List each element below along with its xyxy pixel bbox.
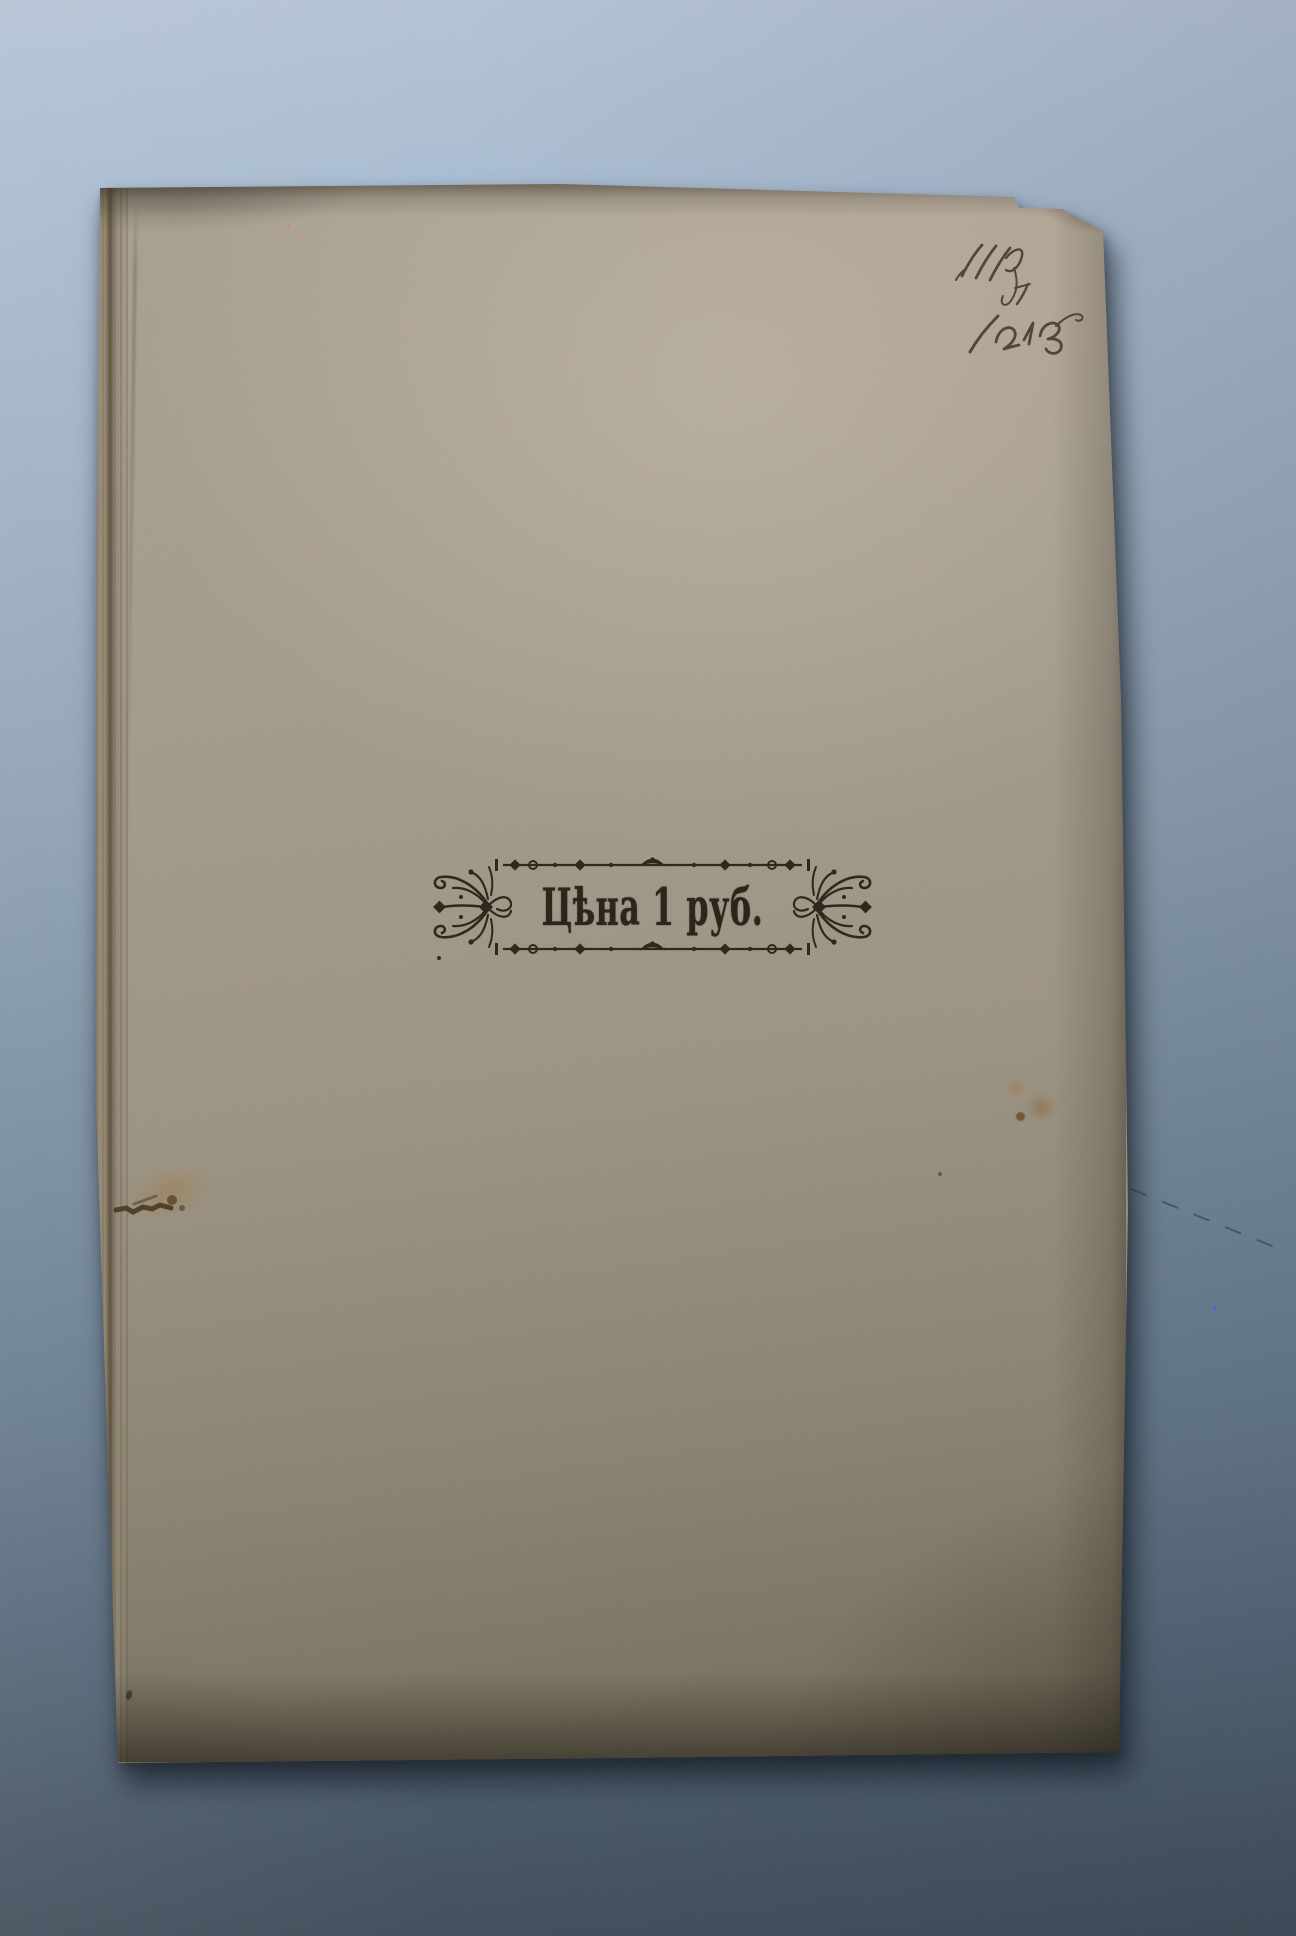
red-speck [287, 225, 290, 228]
cartouche-top-rule [495, 857, 810, 871]
page-edges-strip [90, 182, 130, 1766]
stray-ink-dot [437, 956, 441, 960]
small-speck [938, 1172, 942, 1176]
book-back-cover: Цѣна 1 руб. [0, 0, 1296, 1936]
right-edge-shade [1052, 215, 1126, 1755]
cartouche-bottom-rule [495, 941, 810, 955]
blue-speck [1213, 1305, 1216, 1310]
top-left-grime [94, 183, 434, 303]
handwritten-shelfmark [918, 218, 1118, 393]
cartouche-left-fleuron [433, 867, 511, 947]
price-stamp-cartouche: Цѣна 1 руб. [425, 848, 880, 963]
foxing-spot [1016, 1112, 1025, 1121]
handwriting-strokes [918, 218, 1118, 393]
foxing-spot [1006, 1080, 1026, 1097]
book-shadow-wrapper: Цѣна 1 руб. [0, 0, 1296, 1936]
cartouche-right-fleuron [794, 867, 872, 947]
photo-background: Цѣна 1 руб. [0, 0, 1296, 1936]
bottom-edge-shade [98, 1672, 1126, 1762]
foxing-spot [1026, 1094, 1056, 1120]
left-stain-mark [108, 1178, 218, 1230]
price-stamp-text: Цѣна 1 руб. [511, 882, 793, 934]
left-stain-strokes [108, 1178, 218, 1230]
